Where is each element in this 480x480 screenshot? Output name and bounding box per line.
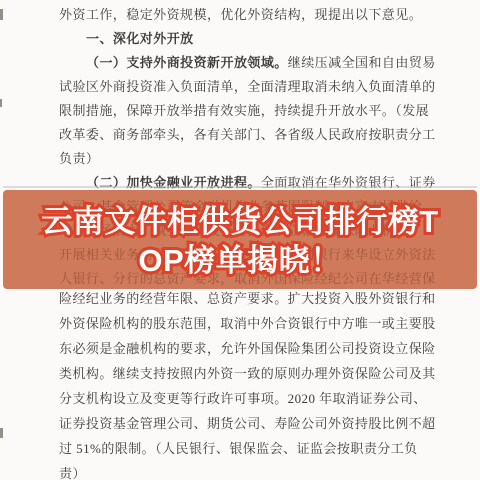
banner-title-line1: 云南文件柜供货公司排行榜T 云南文件柜供货公司排行榜T xyxy=(3,202,477,241)
document-line: 外资保险机构的股东范围，取消中外合资银行中方唯一或主要股 xyxy=(59,311,439,336)
document-line: 限制措施，保障开放举措有效实施，持续提升开放水平。（发展 xyxy=(59,99,439,123)
banner-title-line2-text: OP榜单揭晓！ xyxy=(138,243,341,278)
banner-title-line1-text: 云南文件柜供货公司排行榜T xyxy=(41,204,438,239)
document-line: 证券投资基金管理公司、期货公司、寿险公司外资持股比例不超 xyxy=(59,411,439,436)
scan-artifact xyxy=(0,428,3,438)
document-line-text: 外资工作，稳定外资规模，优化外资结构，现提出以下意见。 xyxy=(59,7,422,22)
document-line-text: 东必须是金融机构的要求，允许外国保险集团公司投资设立保险 xyxy=(59,341,436,356)
document-line: 试验区外商投资准入负面清单，全面清理取消未纳入负面清单的 xyxy=(59,75,439,99)
document-line-text: 类机构。继续支持按照内外资一致的原则办理外资保险公司及其 xyxy=(59,366,436,381)
document-line: 责） xyxy=(59,461,439,480)
document-line: 险经纪业务的经营年限、总资产要求。扩大投资入股外资银行和 xyxy=(59,286,439,311)
document-line-text: 过 51%的限制。（人民银行、银保监会、证监会按职责分工负 xyxy=(59,441,418,456)
document-line-text: 险经纪业务的经营年限、总资产要求。扩大投资入股外资银行和 xyxy=(59,291,436,306)
scanned-document-page: 外资工作，稳定外资规模，优化外资结构，现提出以下意见。一、深化对外开放（一）支持… xyxy=(0,0,480,480)
document-line: 一、深化对外开放 xyxy=(59,27,439,51)
document-text-below-banner: 险经纪业务的经营年限、总资产要求。扩大投资入股外资银行和外资保险机构的股东范围，… xyxy=(59,286,439,480)
document-line-text: 证券投资基金管理公司、期货公司、寿险公司外资持股比例不超 xyxy=(59,416,436,431)
document-line: 过 51%的限制。（人民银行、银保监会、证监会按职责分工负 xyxy=(59,436,439,461)
document-line-bold-lead: （一）支持外商投资新开放领域。 xyxy=(86,55,288,70)
document-line: 负责） xyxy=(59,147,439,171)
banner-top-edge-line xyxy=(3,186,477,188)
document-line: （一）支持外商投资新开放领域。继续压减全国和自由贸易 xyxy=(59,51,439,75)
document-line: 分支机构设立及变更等行政许可事项。2020 年取消证券公司、 xyxy=(59,386,439,411)
document-line-text: 分支机构设立及变更等行政许可事项。2020 年取消证券公司、 xyxy=(59,391,427,406)
banner-title-line2: OP榜单揭晓！ OP榜单揭晓！ xyxy=(3,241,477,280)
scan-artifact xyxy=(0,9,3,20)
document-line-text: 限制措施，保障开放举措有效实施，持续提升开放水平。（发展 xyxy=(59,103,429,118)
document-line-text: 改革委、商务部牵头，各有关部门、各省级人民政府按职责分工 xyxy=(59,127,436,142)
scan-artifact xyxy=(0,99,2,107)
document-line-text: 外资保险机构的股东范围，取消中外合资银行中方唯一或主要股 xyxy=(59,316,436,331)
document-line: 改革委、商务部牵头，各有关部门、各省级人民政府按职责分工 xyxy=(59,123,439,147)
document-line: 外资工作，稳定外资规模，优化外资结构，现提出以下意见。 xyxy=(59,3,439,27)
promo-banner[interactable]: 公司、基金管理公司等金融机构业务范围限制，丰富市场供给，增强市场活力。减少外国投… xyxy=(3,190,477,289)
document-line: 东必须是金融机构的要求，允许外国保险集团公司投资设立保险 xyxy=(59,336,439,361)
document-line-text: 责） xyxy=(59,466,86,480)
banner-title: 云南文件柜供货公司排行榜T 云南文件柜供货公司排行榜T OP榜单揭晓！ OP榜单… xyxy=(3,190,477,280)
document-line-text: 负责） xyxy=(59,151,99,166)
document-line: 类机构。继续支持按照内外资一致的原则办理外资保险公司及其 xyxy=(59,361,439,386)
document-line-text: 试验区外商投资准入负面清单，全面清理取消未纳入负面清单的 xyxy=(59,79,436,94)
document-line-text: 继续压减全国和自由贸易 xyxy=(288,55,436,70)
document-line-bold-lead: 一、深化对外开放 xyxy=(86,31,194,46)
document-text-above-banner: 外资工作，稳定外资规模，优化外资结构，现提出以下意见。一、深化对外开放（一）支持… xyxy=(59,3,439,195)
